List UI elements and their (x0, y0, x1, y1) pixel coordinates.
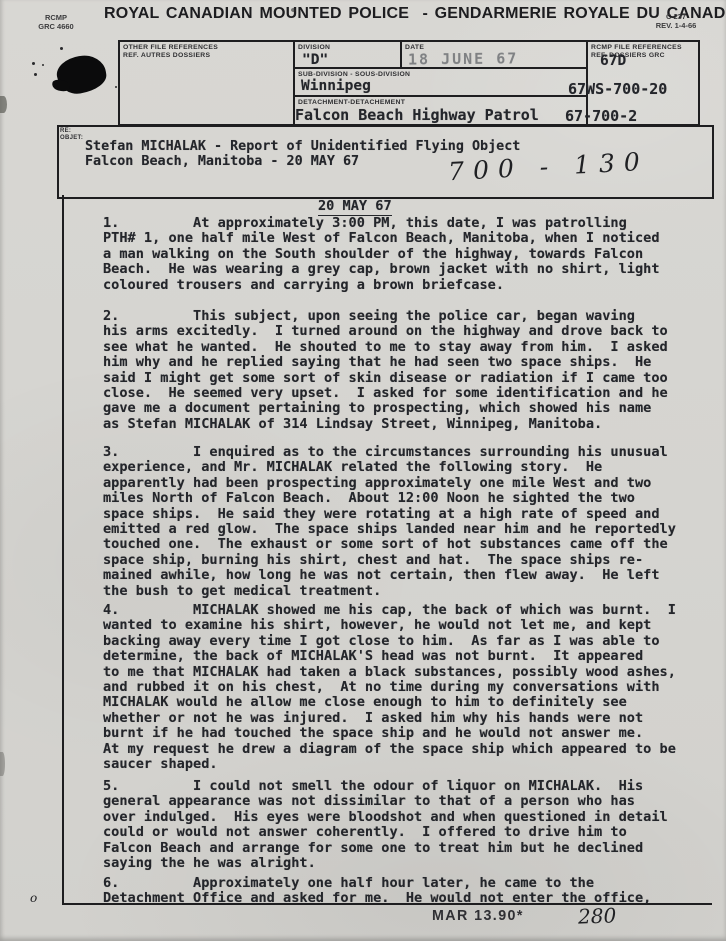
ink-speck (60, 47, 63, 50)
division-value: "D" (302, 52, 328, 68)
table-divider (400, 40, 402, 69)
file-reference-3: 67-700-2 (565, 107, 637, 125)
margin-mark: o (30, 891, 37, 905)
report-paragraph-5: 5. I could not smell the odour of liquor… (103, 779, 717, 871)
ink-speck (32, 62, 35, 65)
re-objet-label: RE: OBJET: (60, 128, 83, 142)
file-reference-2: 67WS-700-20 (568, 80, 667, 98)
document-title: ROYAL CANADIAN MOUNTED POLICE - GENDARME… (104, 5, 694, 23)
ink-speck (115, 86, 117, 88)
report-paragraph-2: 2. This subject, upon seeing the police … (103, 309, 717, 432)
ink-speck (34, 73, 37, 76)
form-code-right: C 237 REV. 1-4-66 (640, 13, 712, 30)
edge-smudge (0, 96, 7, 113)
edge-smudge (0, 752, 5, 776)
table-row-line (293, 95, 588, 97)
date-stamp-value: 18 JUNE 67 (408, 49, 518, 68)
sub-division-value: Winnipeg (301, 78, 371, 94)
file-reference-1: 67D (600, 53, 626, 69)
report-paragraph-1: 1. At approximately 3:00 PM, this date, … (103, 216, 717, 293)
ink-speck (42, 64, 44, 66)
handwritten-number: 280 (578, 903, 617, 928)
report-paragraph-4: 4. MICHALAK showed me his cap, the back … (103, 603, 717, 772)
body-left-rule (62, 195, 64, 905)
form-code-left: RCMP GRC 4660 (24, 14, 88, 31)
received-date-stamp: MAR 13.90* (432, 907, 524, 924)
scanned-rcmp-report-page: ROYAL CANADIAN MOUNTED POLICE - GENDARME… (0, 0, 726, 941)
other-file-references-label: OTHER FILE REFERENCES REF. AUTRES DOSSIE… (123, 44, 218, 60)
division-label: DIVISION (298, 44, 330, 52)
ink-speck (291, 8, 296, 12)
report-paragraph-3: 3. I enquired as to the circumstances su… (103, 445, 717, 599)
report-paragraph-6: 6. Approximately one half hour later, he… (103, 876, 717, 907)
report-date-heading: 20 MAY 67 (318, 198, 392, 216)
detachment-value: Falcon Beach Highway Patrol (295, 106, 539, 124)
